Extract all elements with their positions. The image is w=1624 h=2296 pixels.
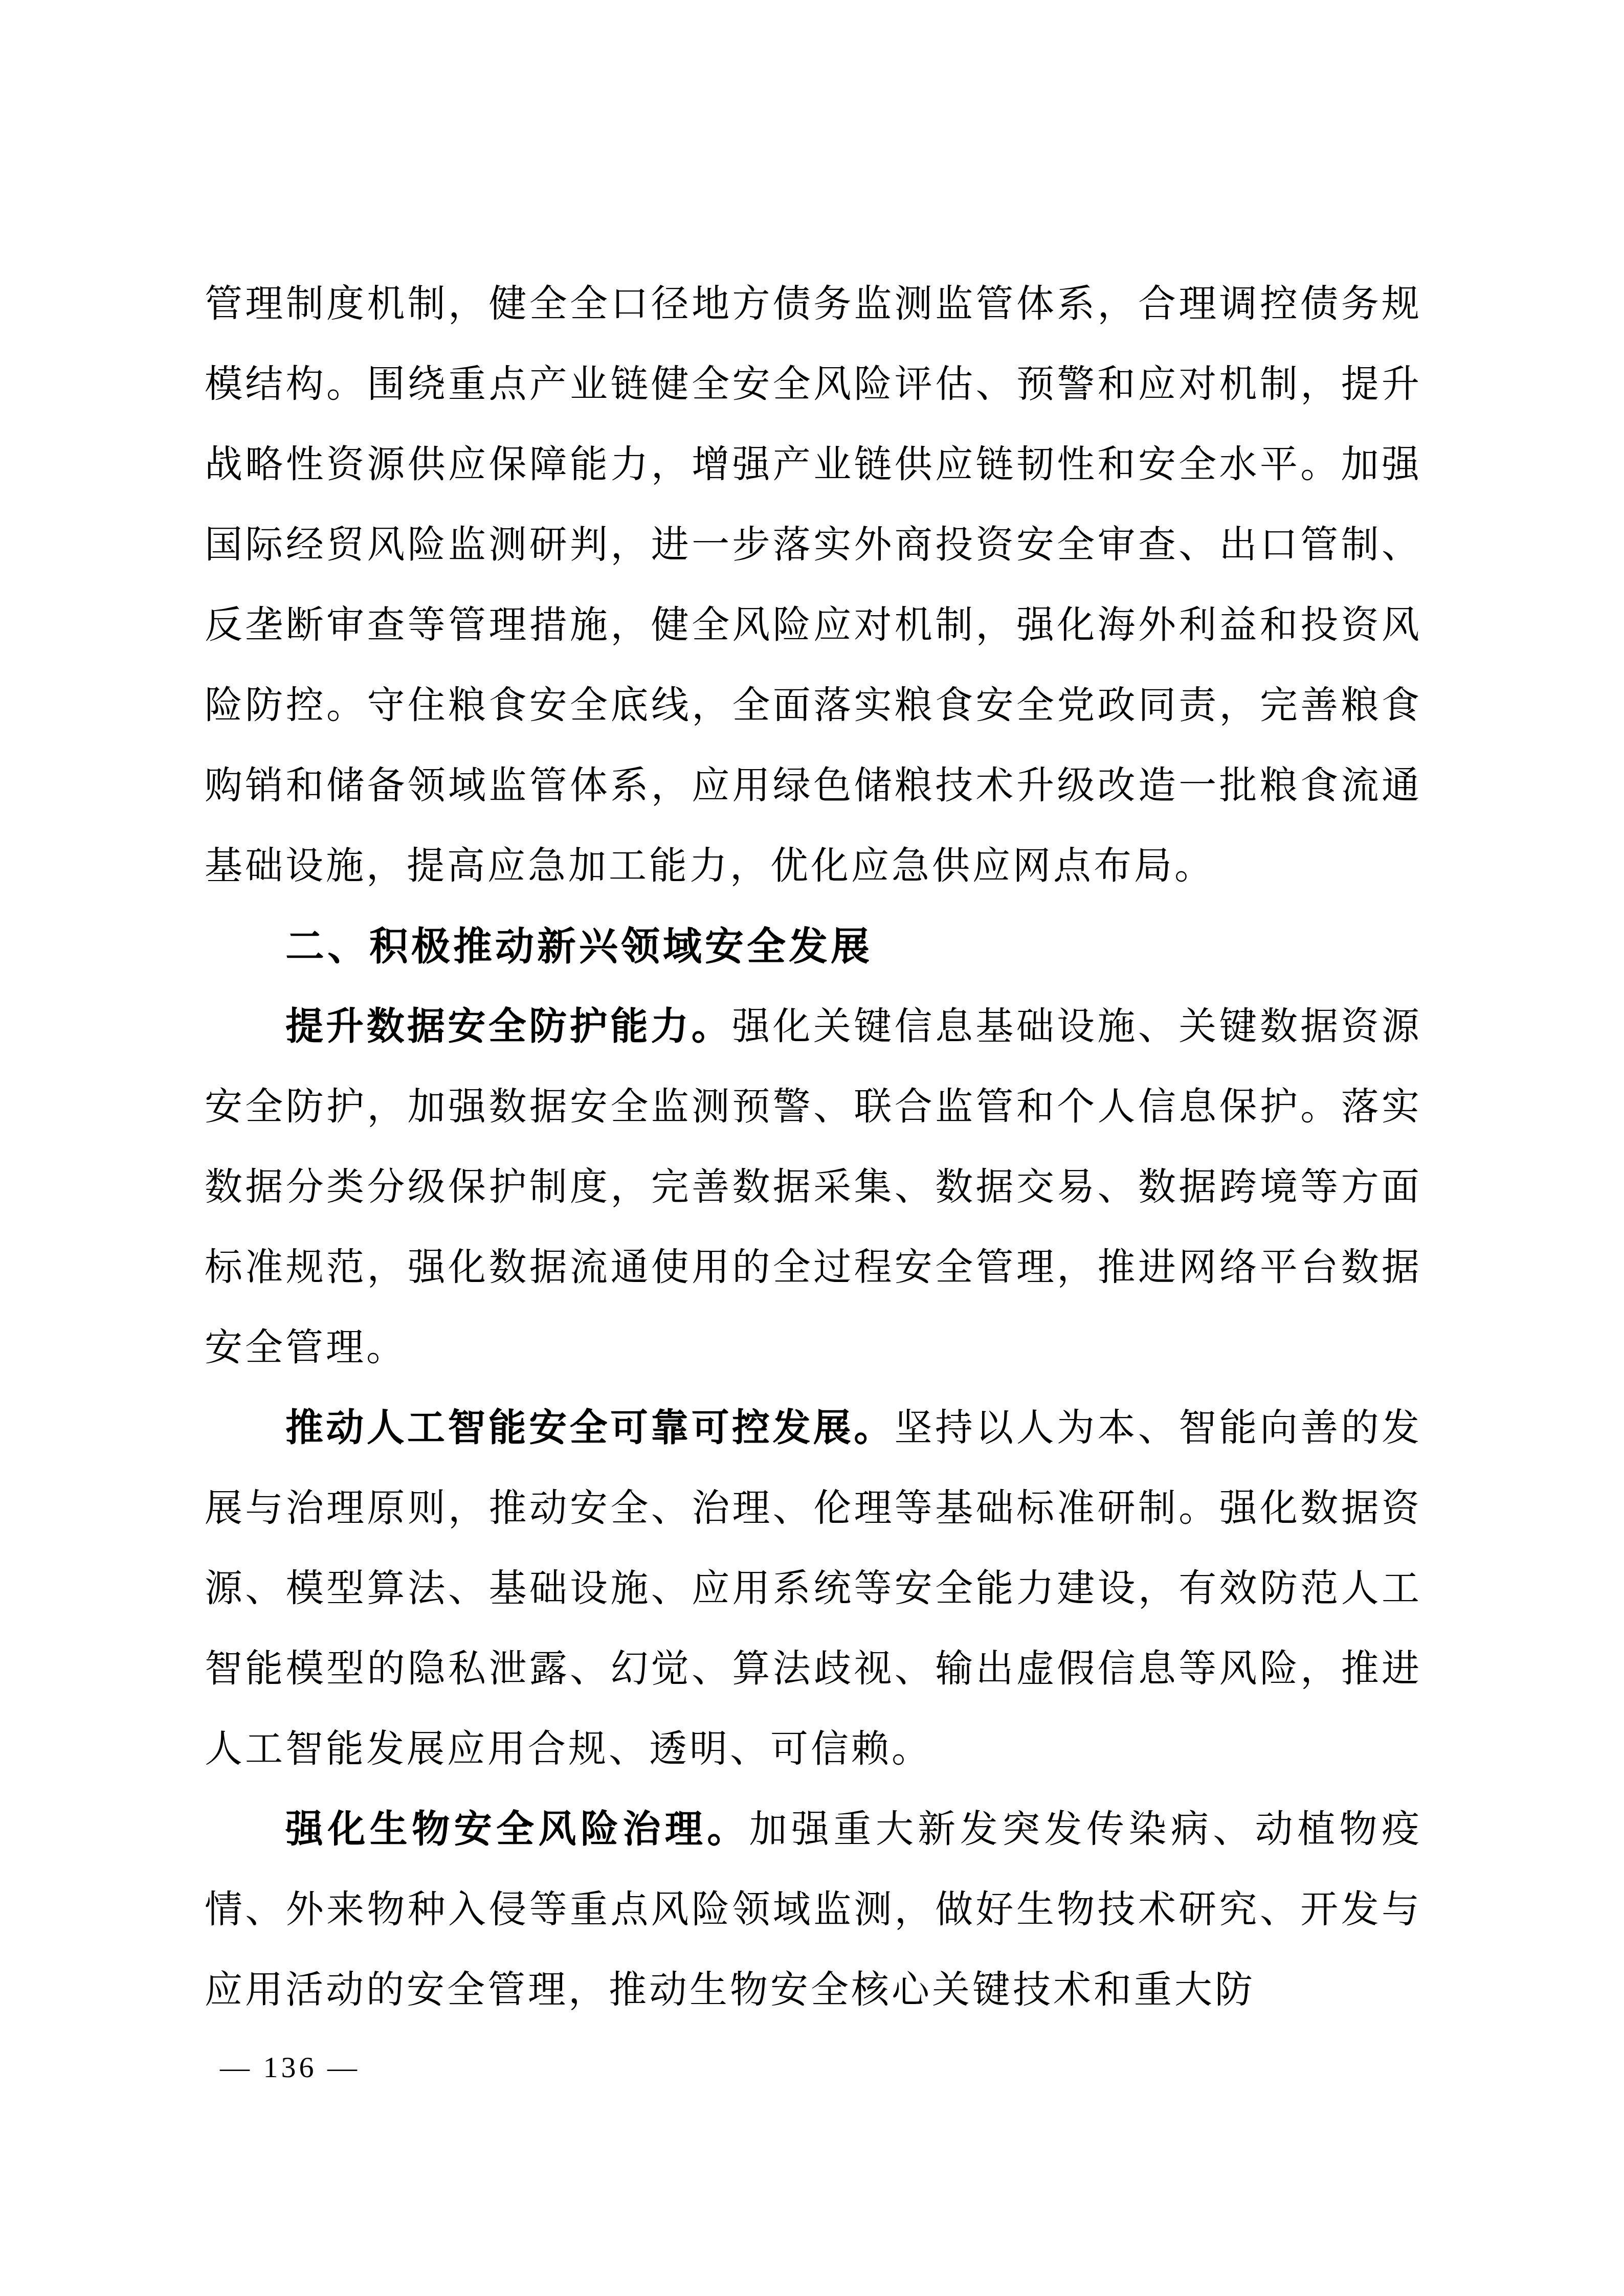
document-body: 管理制度机制，健全全口径地方债务监测监管体系，合理调控债务规模结构。围绕重点产业… xyxy=(205,264,1422,2031)
page-footer: — 136 — xyxy=(220,2050,360,2085)
paragraph-economic-security-continuation: 管理制度机制，健全全口径地方债务监测监管体系，合理调控债务规模结构。围绕重点产业… xyxy=(205,264,1422,907)
paragraph-biosecurity: 强化生物安全风险治理。加强重大新发突发传染病、动植物疫情、外来物种入侵等重点风险… xyxy=(205,1790,1422,2031)
paragraph-ai-safety: 推动人工智能安全可靠可控发展。坚持以人为本、智能向善的发展与治理原则，推动安全、… xyxy=(205,1388,1422,1790)
paragraph-lead-bold: 强化生物安全风险治理。 xyxy=(285,1809,749,1851)
paragraph-text: 坚持以人为本、智能向善的发展与治理原则，推动安全、治理、伦理等基础标准研制。强化… xyxy=(205,1407,1422,1770)
document-page: 管理制度机制，健全全口径地方债务监测监管体系，合理调控债务规模结构。围绕重点产业… xyxy=(0,0,1624,2296)
paragraph-data-security: 提升数据安全防护能力。强化关键信息基础设施、关键数据资源安全防护，加强数据安全监… xyxy=(205,987,1422,1388)
paragraph-lead-bold: 推动人工智能安全可靠可控发展。 xyxy=(285,1407,895,1449)
page-number: — 136 — xyxy=(220,2051,360,2084)
paragraph-lead-bold: 提升数据安全防护能力。 xyxy=(285,1006,732,1048)
section-heading: 二、积极推动新兴领域安全发展 xyxy=(205,907,1422,987)
paragraph-text: 强化关键信息基础设施、关键数据资源安全防护，加强数据安全监测预警、联合监管和个人… xyxy=(205,1006,1422,1369)
paragraph-text: 管理制度机制，健全全口径地方债务监测监管体系，合理调控债务规模结构。围绕重点产业… xyxy=(205,283,1422,887)
